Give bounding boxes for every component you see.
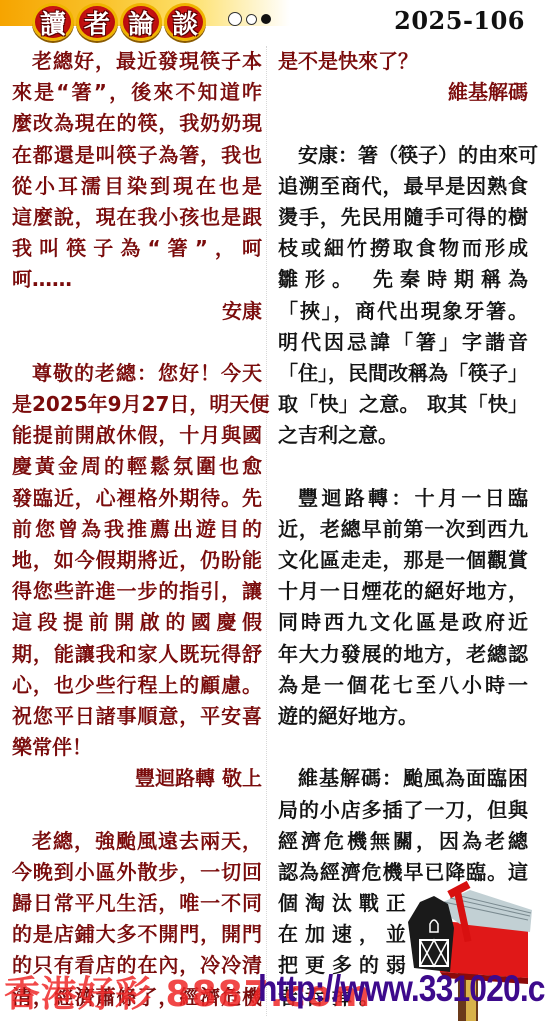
- text-line: 取「快」之意。 取其「快」: [278, 389, 528, 420]
- spacer: [12, 327, 262, 358]
- letter-signature: 維基解碼: [278, 77, 528, 108]
- letter-signature: 安康: [12, 296, 262, 327]
- title-badge: 讀: [32, 3, 74, 41]
- text-line: 明代因忌諱「箸」字諧音: [278, 327, 528, 358]
- issue-number: 2025-106: [394, 6, 525, 35]
- text-line: 的是店鋪大多不開門，開門: [12, 919, 262, 950]
- text-line: 遊的絕好地方。: [278, 701, 528, 732]
- text-line: 十月一日煙花的絕好地方，: [278, 576, 528, 607]
- circle-outline-icon: [228, 12, 242, 26]
- column-divider: [266, 46, 267, 1016]
- text-line: 雛形。 先秦時期稱為: [278, 264, 528, 295]
- text-line: 近，老總早前第一次到西九: [278, 514, 528, 545]
- text-line: 追溯至商代，最早是因熟食: [278, 171, 528, 202]
- text-line: 前您曾為我推薦出遊目的: [12, 514, 262, 545]
- text-line: 年大力發展的地方，老總認: [278, 639, 528, 670]
- letters-column: 老總好，最近發現筷子本 來是“箸”，後來不知道咋 麼改為現在的筷，我奶奶現 在都…: [12, 46, 262, 1013]
- text-line: 老總好，最近發現筷子本: [12, 46, 262, 77]
- page-header: 讀 者 論 談 2025-106: [0, 0, 545, 42]
- text-line: 安康：箸（筷子）的由來可: [278, 140, 528, 171]
- text-line: 老總，強颱風遠去兩天，: [12, 826, 262, 857]
- text-line: 來是“箸”，後來不知道咋: [12, 77, 262, 108]
- text-line: 在都還是叫筷子為箸，我也: [12, 140, 262, 171]
- text-line: 「住」，民間改稱為「筷子」: [278, 358, 528, 389]
- text-line: 心，也少些行程上的顧慮。: [12, 670, 262, 701]
- column-title: 讀 者 論 談: [32, 3, 206, 41]
- text-line: 我 叫 筷 子 為 “ 箸 ” ， 呵: [12, 233, 262, 264]
- spacer: [12, 795, 262, 826]
- letter-3-continuation: 是不是快來了？ 維基解碼: [278, 46, 528, 108]
- text-line: 能提前開啟休假，十月與國: [12, 420, 262, 451]
- text-line: 尊敬的老總：您好！今天: [12, 358, 262, 389]
- spacer: [278, 108, 528, 139]
- text-line: 同時西九文化區是政府近: [278, 607, 528, 638]
- title-badge: 論: [120, 3, 162, 41]
- replies-column: 是不是快來了？ 維基解碼 安康：箸（筷子）的由來可 追溯至商代，最早是因熟食 燙…: [278, 46, 528, 1013]
- text-line: 枝或細竹撈取食物而形成: [278, 233, 528, 264]
- text-line: 期，能讓我和家人既玩得舒: [12, 639, 262, 670]
- text-line: 祝您平日諸事順意，平安喜: [12, 701, 262, 732]
- letter-1: 老總好，最近發現筷子本 來是“箸”，後來不知道咋 麼改為現在的筷，我奶奶現 在都…: [12, 46, 262, 327]
- text-line: 在 加 速 ， 並: [278, 919, 396, 950]
- text-line: 經濟危機無關，因為老總: [278, 826, 528, 857]
- text-line: 今晚到小區外散步，一切回: [12, 857, 262, 888]
- text-line: 發臨近，心裡格外期待。先: [12, 483, 262, 514]
- spacer: [278, 451, 528, 482]
- text-line: 維基解碼：颱風為面臨困: [278, 763, 528, 794]
- text-line: 為是一個花七至八小時一: [278, 670, 528, 701]
- watermark-url: http://www.331020.com: [258, 968, 545, 1010]
- text-line: 慶黃金周的輕鬆氛圍也愈: [12, 451, 262, 482]
- text-line: 文化區走走，那是一個觀賞: [278, 545, 528, 576]
- decorative-dots: [228, 12, 271, 26]
- reply-1: 安康：箸（筷子）的由來可 追溯至商代，最早是因熟食 燙手，先民用隨手可得的樹 枝…: [278, 140, 528, 452]
- text-line: 從小耳濡目染到現在也是: [12, 171, 262, 202]
- text-line: 歸日常平凡生活，唯一不同: [12, 888, 262, 919]
- text-line: 麼改為現在的筷，我奶奶現: [12, 108, 262, 139]
- text-line: 地，如今假期將近，仍盼能: [12, 545, 262, 576]
- letter-2: 尊敬的老總：您好！今天 是2025年9月27日，明天便 能提前開啟休假，十月與國…: [12, 358, 262, 795]
- text-line: 這麼說，現在我小孩也是跟: [12, 202, 262, 233]
- text-line: 「挾」，商代出現象牙箸。: [278, 296, 528, 327]
- spacer: [278, 732, 528, 763]
- text-line: 樂常伴！: [12, 732, 262, 763]
- text-line: 呵……: [12, 264, 262, 295]
- text-line: 之吉利之意。: [278, 420, 528, 451]
- title-badge: 者: [76, 3, 118, 41]
- text-line: 局的小店多插了一刀，但與: [278, 795, 528, 826]
- text-line: 這段提前開啟的國慶假: [12, 607, 262, 638]
- text-line: 燙手，先民用隨手可得的樹: [278, 202, 528, 233]
- title-badge: 談: [164, 3, 206, 41]
- circle-filled-icon: [261, 14, 271, 24]
- text-line: 是不是快來了？: [278, 46, 528, 77]
- circle-outline-small-icon: [246, 14, 257, 25]
- letter-signature: 豐迴路轉 敬上: [12, 763, 262, 794]
- text-line: 得您些許進一步的指引，讓: [12, 576, 262, 607]
- text-line: 是2025年9月27日，明天便: [12, 389, 262, 420]
- text-line: 豐迴路轉：十月一日臨: [278, 483, 528, 514]
- reply-2: 豐迴路轉：十月一日臨 近，老總早前第一次到西九 文化區走走，那是一個觀賞 十月一…: [278, 483, 528, 733]
- text-line: 個 淘 汰 戰 正: [278, 888, 396, 919]
